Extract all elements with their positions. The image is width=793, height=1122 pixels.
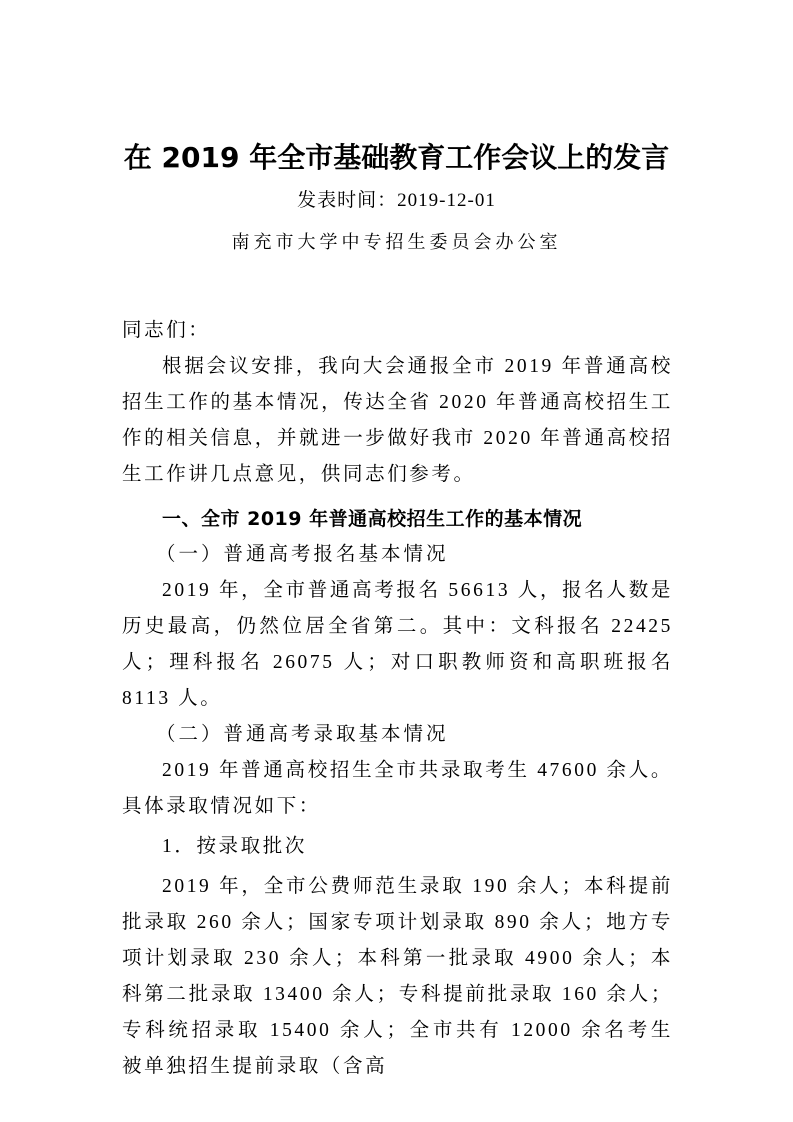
admission-paragraph: 2019 年普通高校招生全市共录取考生 47600 余人。具体录取情况如下： [122, 753, 673, 825]
document-title: 在 2019 年全市基础教育工作会议上的发言 [0, 138, 793, 178]
salutation: 同志们： [122, 313, 673, 349]
issuing-organization: 南充市大学中专招生委员会办公室 [0, 229, 793, 255]
publish-date: 发表时间：2019-12-01 [0, 188, 793, 214]
by-batch-paragraph: 2019 年，全市公费师范生录取 190 余人；本科提前批录取 260 余人；国… [122, 869, 673, 1085]
registration-paragraph: 2019 年，全市普通高考报名 56613 人，报名人数是历史最高，仍然位居全省… [122, 573, 673, 717]
item-heading-by-batch: 1．按录取批次 [122, 829, 673, 865]
intro-paragraph: 根据会议安排，我向大会通报全市 2019 年普通高校招生工作的基本情况，传达全省… [122, 349, 673, 493]
subsection-heading-admission: （二）普通高考录取基本情况 [122, 717, 673, 753]
section-heading-1: 一、全市 2019 年普通高校招生工作的基本情况 [122, 501, 673, 537]
subsection-heading-registration: （一）普通高考报名基本情况 [122, 537, 673, 573]
document-page: 在 2019 年全市基础教育工作会议上的发言 发表时间：2019-12-01 南… [0, 0, 793, 1122]
document-body: 同志们： 根据会议安排，我向大会通报全市 2019 年普通高校招生工作的基本情况… [122, 313, 673, 1085]
